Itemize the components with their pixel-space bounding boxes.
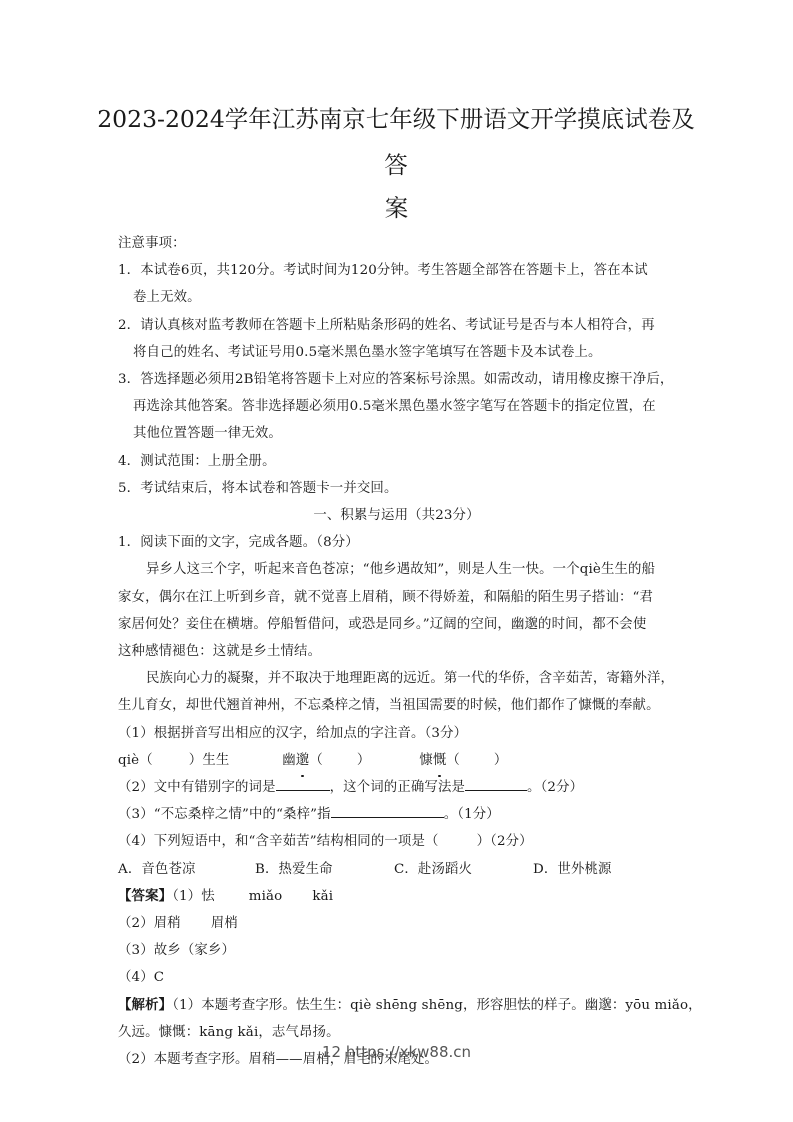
page-footer: 12 https://xkw88.cn <box>0 1043 793 1061</box>
notice-heading: 注意事项： <box>118 230 675 257</box>
pinyin-item-youmiao: 幽邈（） <box>282 753 375 768</box>
sub-question-2-score: 。（2分） <box>527 780 583 795</box>
notice-item-2-cont: 将自己的姓名、考试证号用0.5毫米黑色墨水签字笔填写在答题卡及本试卷上。 <box>118 339 675 366</box>
sub-question-3: （3）“不忘桑梓之情”中的“桑梓”指。（1分） <box>118 801 675 828</box>
option-a[interactable]: A．音色苍凉 <box>118 856 255 883</box>
sub-question-2-text: ，这个词的正确写法是 <box>330 780 465 795</box>
notice-item-1: 1．本试卷6页，共120分。考试时间为120分钟。考生答题全部答在答题卡上，答在… <box>118 257 675 284</box>
sub-question-3-score: 。（1分） <box>444 807 500 822</box>
word-char: 幽 <box>282 753 296 768</box>
notice-item-1-cont: 卷上无效。 <box>118 284 675 311</box>
sub-question-1-items: qiè（）生生 幽邈（） 慷慨（） <box>118 747 675 774</box>
pinyin-suffix: ）生生 <box>189 753 230 768</box>
passage-line: 异乡人这三个字，听起来音色苍凉；“他乡遇故知”，则是人生一快。一个qiè生生的船 <box>118 556 675 583</box>
analysis-section: 【解析】（1）本题考查字形。怯生生：qiè shēng shēng，形容胆怯的样… <box>118 992 675 1074</box>
notice-item-2: 2．请认真核对监考教师在答题卡上所粘贴条形码的姓名、考试证号是否与本人相符合，再 <box>118 312 675 339</box>
analysis-line-1: 【解析】（1）本题考查字形。怯生生：qiè shēng shēng，形容胆怯的样… <box>118 992 675 1019</box>
notice-item-4: 4．测试范围：上册全册。 <box>118 448 675 475</box>
sub-question-2-text: （2）文中有错别字的词是 <box>118 780 276 795</box>
answer-tag: 【答案】 <box>118 888 172 904</box>
passage-line: 这种感情褪色：这就是乡土情结。 <box>118 638 675 665</box>
pinyin-label: qiè（ <box>118 753 153 768</box>
option-b[interactable]: B．热爱生命 <box>255 856 394 883</box>
footer-url[interactable]: https://xkw88.cn <box>346 1043 471 1061</box>
passage-paragraph-2: 民族向心力的凝聚，并不取决于地理距离的远近。第一代的华侨，含辛茹苦，寄籍外洋， … <box>118 665 675 719</box>
question-stem: 1．阅读下面的文字，完成各题。（8分） <box>118 529 675 556</box>
exam-page: 2023-2024学年江苏南京七年级下册语文开学摸底试卷及答 案 注意事项： 1… <box>118 96 675 1073</box>
options-row: A．音色苍凉B．热爱生命C．赴汤蹈火D．世外桃源 <box>118 856 675 883</box>
sub-question-4-text: （4）下列短语中，和“含辛茹苦”结构相同的一项是（ <box>118 834 439 849</box>
document-title: 2023-2024学年江苏南京七年级下册语文开学摸底试卷及答 <box>96 96 696 188</box>
page-number: 12 <box>322 1043 341 1061</box>
sub-question-2: （2）文中有错别字的词是，这个词的正确写法是。（2分） <box>118 774 675 801</box>
passage-paragraph-1: 异乡人这三个字，听起来音色苍凉；“他乡遇故知”，则是人生一快。一个qiè生生的船… <box>118 556 675 665</box>
pinyin-item-qie: qiè（）生生 <box>118 753 234 768</box>
notice-item-3-cont2: 其他位置答题一律无效。 <box>118 420 675 447</box>
analysis-tag: 【解析】 <box>118 997 172 1013</box>
question-1: 1．阅读下面的文字，完成各题。（8分） 异乡人这三个字，听起来音色苍凉；“他乡遇… <box>118 529 675 883</box>
paren-close: ） <box>357 753 371 768</box>
answer-blank-correct-word[interactable] <box>465 776 527 791</box>
pinyin-item-kangkai: 慷慨（） <box>419 753 507 768</box>
passage-line: 生儿育女，却世代翘首神州，不忘桑梓之情，当祖国需要的时候，他们都作了慷慨的奉献。 <box>118 692 675 719</box>
sub-question-1-prompt: （1）根据拼音写出相应的汉字，给加点的字注音。（3分） <box>118 720 675 747</box>
option-c[interactable]: C．赴汤蹈火 <box>394 856 533 883</box>
sub-question-4: （4）下列短语中，和“含辛茹苦”结构相同的一项是（）（2分） <box>118 828 675 855</box>
dotted-char: 邈 <box>296 747 310 774</box>
answer-2: （2）眉稍 <box>118 916 181 931</box>
section-heading: 一、积累与运用（共23分） <box>118 502 675 529</box>
paren-open: （ <box>446 753 460 768</box>
answer-1-pinyin-miao: miǎo <box>249 889 283 904</box>
passage-line: 家居何处？妾住在横塘。停船暂借问，或恐是同乡。”辽阔的空间，幽邈的时间，都不会使 <box>118 611 675 638</box>
analysis-line-2: 久远。慷慨：kāng kǎi，志气昂扬。 <box>118 1019 675 1046</box>
answer-blank-sangzi[interactable] <box>331 803 444 818</box>
answer-1: （1）怯 <box>172 889 215 904</box>
sub-question-3-text: （3）“不忘桑梓之情”中的“桑梓”指 <box>118 807 331 822</box>
answer-line-3: （3）故乡（家乡） <box>118 937 675 964</box>
notice-item-3: 3．答选择题必须用2B铅笔将答题卡上对应的答案标号涂黑。如需改动，请用橡皮擦干净… <box>118 366 675 393</box>
paren-open: （ <box>309 753 323 768</box>
document-title-continued: 案 <box>118 188 675 228</box>
answer-line-2: （2）眉稍眉梢 <box>118 910 675 937</box>
dotted-char: 慨 <box>433 747 447 774</box>
notice-item-3-cont: 再选涂其他答案。答非选择题必须用0.5毫米黑色墨水签字笔写在答题卡的指定位置，在 <box>118 393 675 420</box>
answer-2-correct: 眉梢 <box>211 916 238 931</box>
sub-question-4-score: ）（2分） <box>477 834 533 849</box>
answer-1-pinyin-kai: kǎi <box>312 889 333 904</box>
answer-line-4: （4）C <box>118 964 675 991</box>
notice-section: 注意事项： 1．本试卷6页，共120分。考试时间为120分钟。考生答题全部答在答… <box>118 230 675 502</box>
answer-blank-wrong-word[interactable] <box>276 776 330 791</box>
passage-line: 家女，偶尔在江上听到乡音，就不觉喜上眉稍，顾不得娇羞，和隔船的陌生男子搭讪：“君 <box>118 584 675 611</box>
notice-item-5: 5．考试结束后，将本试卷和答题卡一并交回。 <box>118 475 675 502</box>
word-char: 慷 <box>419 753 433 768</box>
answer-section: 【答案】（1）怯miǎokǎi （2）眉稍眉梢 （3）故乡（家乡） （4）C <box>118 883 675 992</box>
answer-line-1: 【答案】（1）怯miǎokǎi <box>118 883 675 910</box>
analysis-text: （1）本题考查字形。怯生生：qiè shēng shēng，形容胆怯的样子。幽邈… <box>172 998 702 1013</box>
passage-line: 民族向心力的凝聚，并不取决于地理距离的远近。第一代的华侨，含辛茹苦，寄籍外洋， <box>118 665 675 692</box>
paren-close: ） <box>494 753 508 768</box>
option-d[interactable]: D．世外桃源 <box>533 856 612 883</box>
